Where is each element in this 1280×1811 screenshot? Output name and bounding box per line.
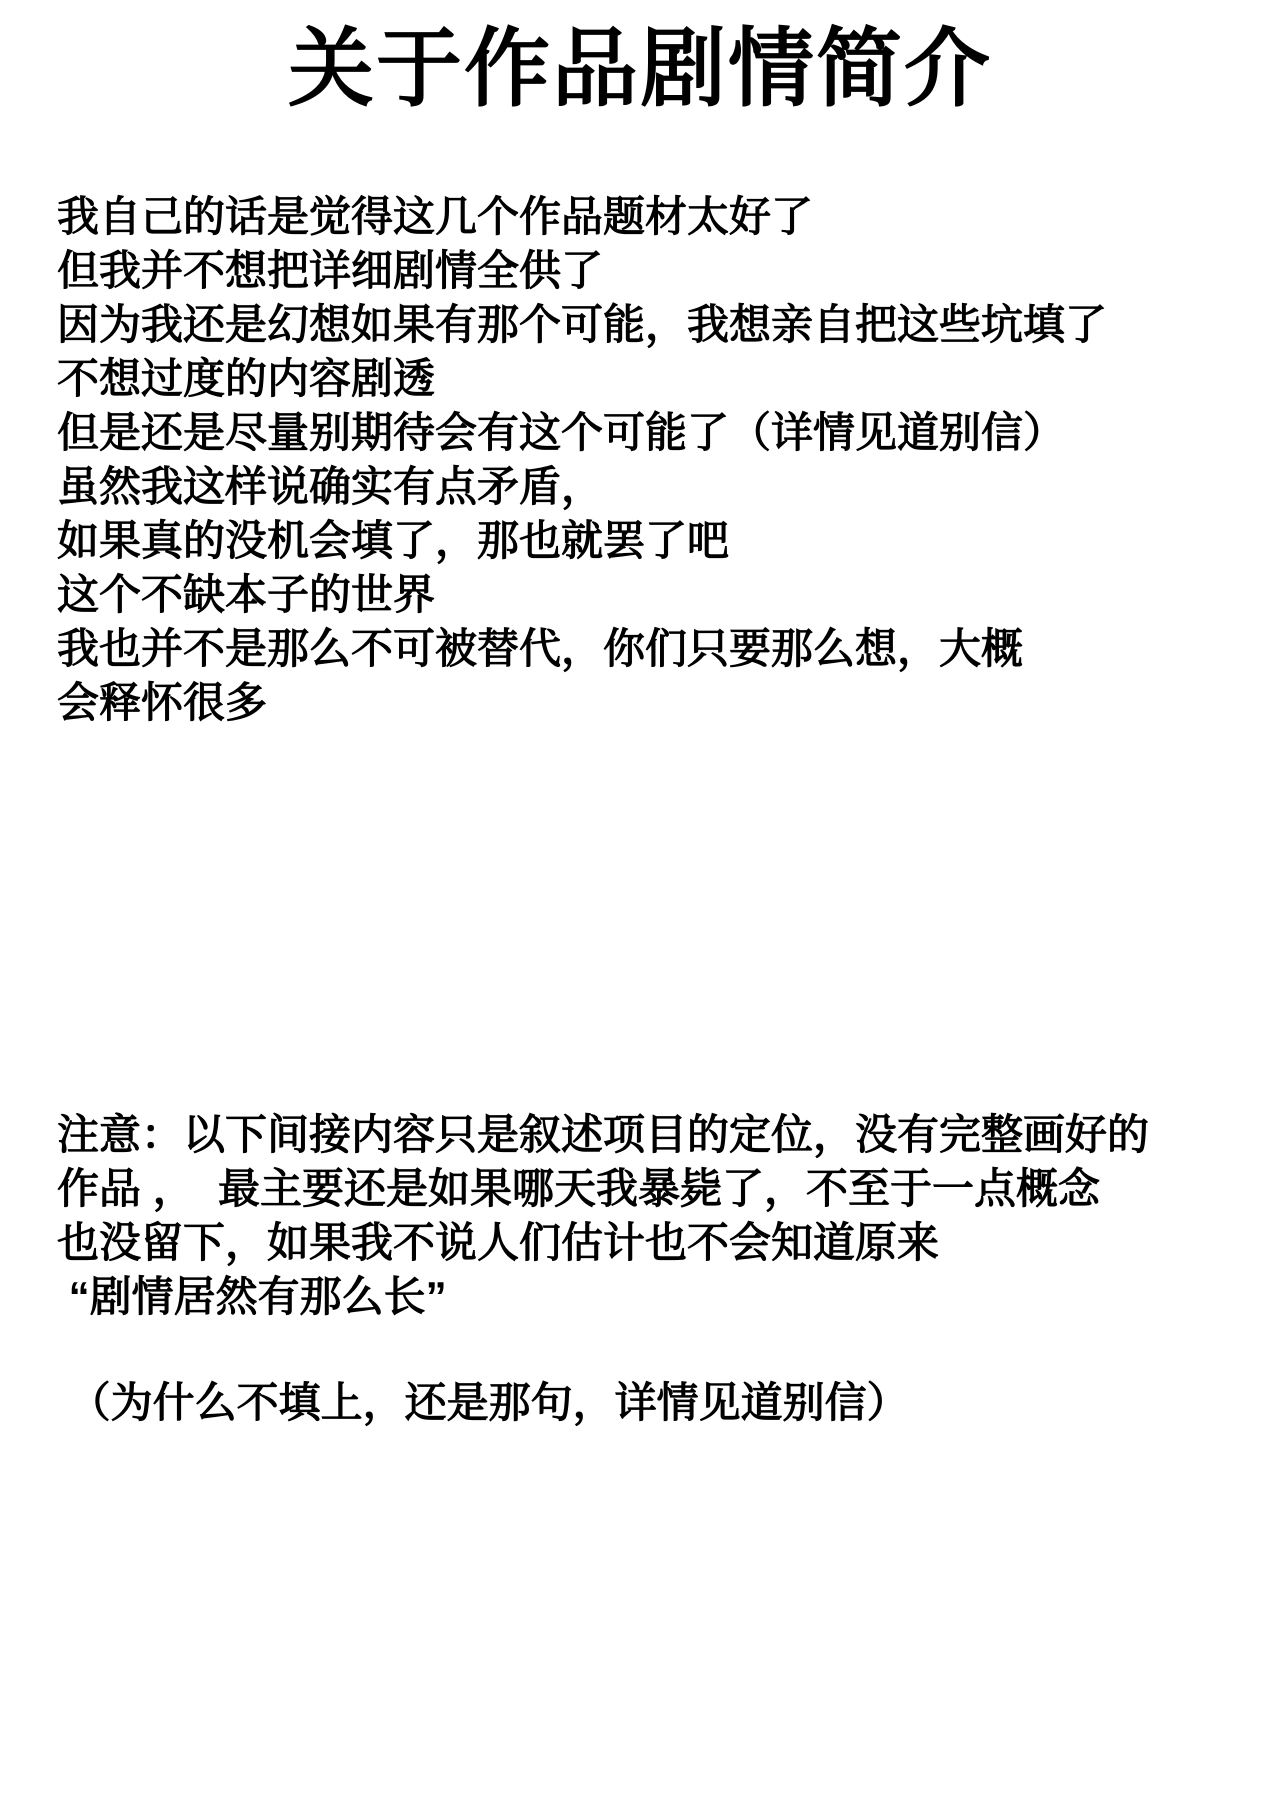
document-page: 关于作品剧情简介 我自己的话是觉得这几个作品题材太好了 但我并不想把详细剧情全供…	[0, 0, 1280, 1811]
intro-line: 不想过度的内容剧透	[57, 352, 1240, 406]
notice-paragraph: 注意：以下间接内容只是叙述项目的定位，没有完整画好的 作品 ， 最主要还是如果哪…	[57, 1108, 1240, 1324]
footnote-line: （为什么不填上，还是那句，详情见道别信）	[57, 1376, 1240, 1430]
notice-quote-line: “剧情居然有那么长”	[57, 1270, 1240, 1324]
page-title: 关于作品剧情简介	[0, 0, 1280, 112]
intro-line: 这个不缺本子的世界	[57, 568, 1240, 622]
notice-line: 作品 ， 最主要还是如果哪天我暴毙了，不至于一点概念	[57, 1162, 1240, 1216]
intro-line: 我也并不是那么不可被替代，你们只要那么想，大概	[57, 622, 1240, 676]
intro-line: 如果真的没机会填了，那也就罢了吧	[57, 514, 1240, 568]
intro-line: 但是还是尽量别期待会有这个可能了（详情见道别信）	[57, 406, 1240, 460]
intro-line: 我自己的话是觉得这几个作品题材太好了	[57, 190, 1240, 244]
notice-line: 注意：以下间接内容只是叙述项目的定位，没有完整画好的	[57, 1108, 1240, 1162]
intro-line: 但我并不想把详细剧情全供了	[57, 244, 1240, 298]
intro-line: 因为我还是幻想如果有那个可能，我想亲自把这些坑填了	[57, 298, 1240, 352]
intro-line: 会释怀很多	[57, 676, 1240, 730]
notice-line: 也没留下，如果我不说人们估计也不会知道原来	[57, 1216, 1240, 1270]
intro-paragraph: 我自己的话是觉得这几个作品题材太好了 但我并不想把详细剧情全供了 因为我还是幻想…	[57, 190, 1240, 730]
intro-line: 虽然我这样说确实有点矛盾，	[57, 460, 1240, 514]
